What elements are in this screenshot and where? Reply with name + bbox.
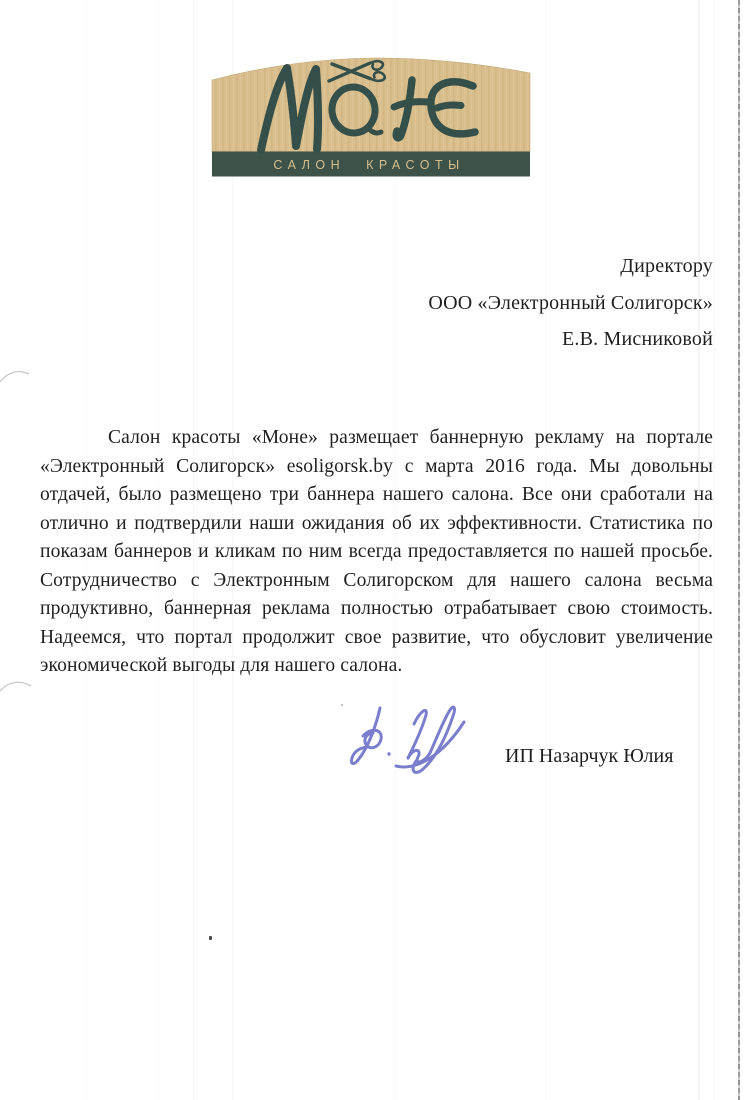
- salon-logo-banner: МОНЕ: [211, 57, 531, 177]
- body-line: экономической выгоды для нашего салона.: [40, 652, 713, 681]
- scan-artifact-line: [714, 0, 715, 1100]
- scan-edge-line: [738, 0, 740, 1100]
- body-line: продуктивно, баннерная реклама полностью…: [40, 595, 713, 624]
- recipient-line: Директору: [293, 248, 713, 285]
- crease-mark: [0, 676, 34, 698]
- scan-speck: [209, 936, 212, 940]
- recipient-line: Е.В. Мисниковой: [293, 321, 713, 358]
- body-line: Надеемся, что портал продолжит свое разв…: [40, 624, 713, 653]
- scanned-letter-page: МОНЕ: [0, 0, 750, 1100]
- handwritten-signature: [338, 694, 488, 789]
- body-line: отлично и подтвердили наши ожидания об и…: [40, 510, 713, 539]
- crease-mark: [0, 366, 32, 388]
- letter-body-paragraph: Салон красоты «Моне» размещает баннерную…: [40, 424, 713, 681]
- body-line: «Электронный Солигорск» esoligorsk.by с …: [40, 453, 713, 482]
- signatory-name: ИП Назарчук Юлия: [505, 743, 673, 769]
- body-line: Сотрудничество с Электронным Солигорском…: [40, 567, 713, 596]
- recipient-block: Директору ООО «Электронный Солигорск» Е.…: [293, 248, 713, 358]
- tagline-text: САЛОН КРАСОТЫ: [273, 158, 464, 172]
- body-line: Салон красоты «Моне» размещает баннерную…: [40, 424, 713, 453]
- body-line: показам баннеров и кликам по ним всегда …: [40, 538, 713, 567]
- logo-graphic: САЛОН КРАСОТЫ: [211, 57, 531, 177]
- recipient-line: ООО «Электронный Солигорск»: [293, 285, 713, 322]
- body-line: отдачей, было размещено три баннера наше…: [40, 481, 713, 510]
